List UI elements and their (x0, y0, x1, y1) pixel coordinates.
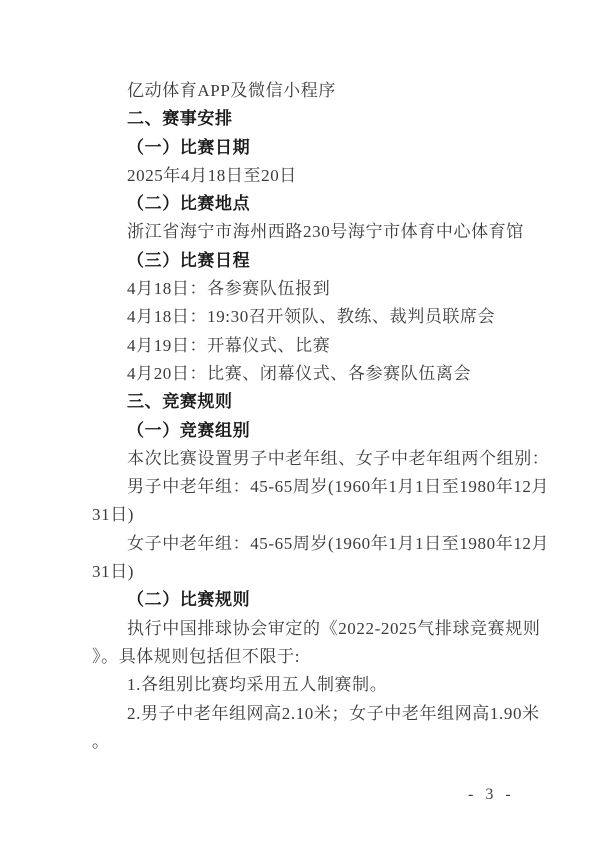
line-rule-2-wrap: 。 (92, 728, 532, 756)
subheading-competition-groups: （一）竞赛组别 (92, 417, 532, 445)
line-app-info: 亿动体育APP及微信小程序 (92, 77, 532, 105)
line-mens-group: 男子中老年组：45-65周岁(1960年1月1日至1980年12月 (92, 473, 532, 501)
page-number: - 3 - (468, 786, 515, 804)
line-schedule-apr19: 4月19日：开幕仪式、比赛 (92, 332, 532, 360)
subheading-competition-date: （一）比赛日期 (92, 134, 532, 162)
line-womens-group: 女子中老年组：45-65周岁(1960年1月1日至1980年12月 (92, 530, 532, 558)
line-competition-venue: 浙江省海宁市海州西路230号海宁市体育中心体育馆 (92, 218, 532, 246)
document-page: 亿动体育APP及微信小程序二、赛事安排（一）比赛日期2025年4月18日至20日… (0, 0, 600, 848)
heading-event-arrangement: 二、赛事安排 (92, 105, 532, 133)
subheading-competition-schedule: （三）比赛日程 (92, 247, 532, 275)
line-competition-date: 2025年4月18日至20日 (92, 162, 532, 190)
line-groups-intro: 本次比赛设置男子中老年组、女子中老年组两个组别： (92, 445, 532, 473)
line-rules-reference-wrap: 》。具体规则包括但不限于: (92, 643, 532, 671)
line-rules-reference: 执行中国排球协会审定的《2022-2025气排球竞赛规则 (92, 615, 532, 643)
line-schedule-apr18-meeting: 4月18日：19:30召开领队、教练、裁判员联席会 (92, 303, 532, 331)
line-rule-1: 1.各组别比赛均采用五人制赛制。 (92, 671, 532, 699)
line-schedule-apr20: 4月20日：比赛、闭幕仪式、各参赛队伍离会 (92, 360, 532, 388)
line-womens-group-wrap: 31日) (92, 558, 532, 586)
line-schedule-apr18-checkin: 4月18日：各参赛队伍报到 (92, 275, 532, 303)
line-rule-2: 2.男子中老年组网高2.10米；女子中老年组网高1.90米 (92, 700, 532, 728)
line-mens-group-wrap: 31日) (92, 501, 532, 529)
subheading-competition-venue: （二）比赛地点 (92, 190, 532, 218)
heading-competition-rules: 三、竞赛规则 (92, 388, 532, 416)
document-body: 亿动体育APP及微信小程序二、赛事安排（一）比赛日期2025年4月18日至20日… (92, 77, 532, 756)
subheading-match-rules: （二）比赛规则 (92, 586, 532, 614)
